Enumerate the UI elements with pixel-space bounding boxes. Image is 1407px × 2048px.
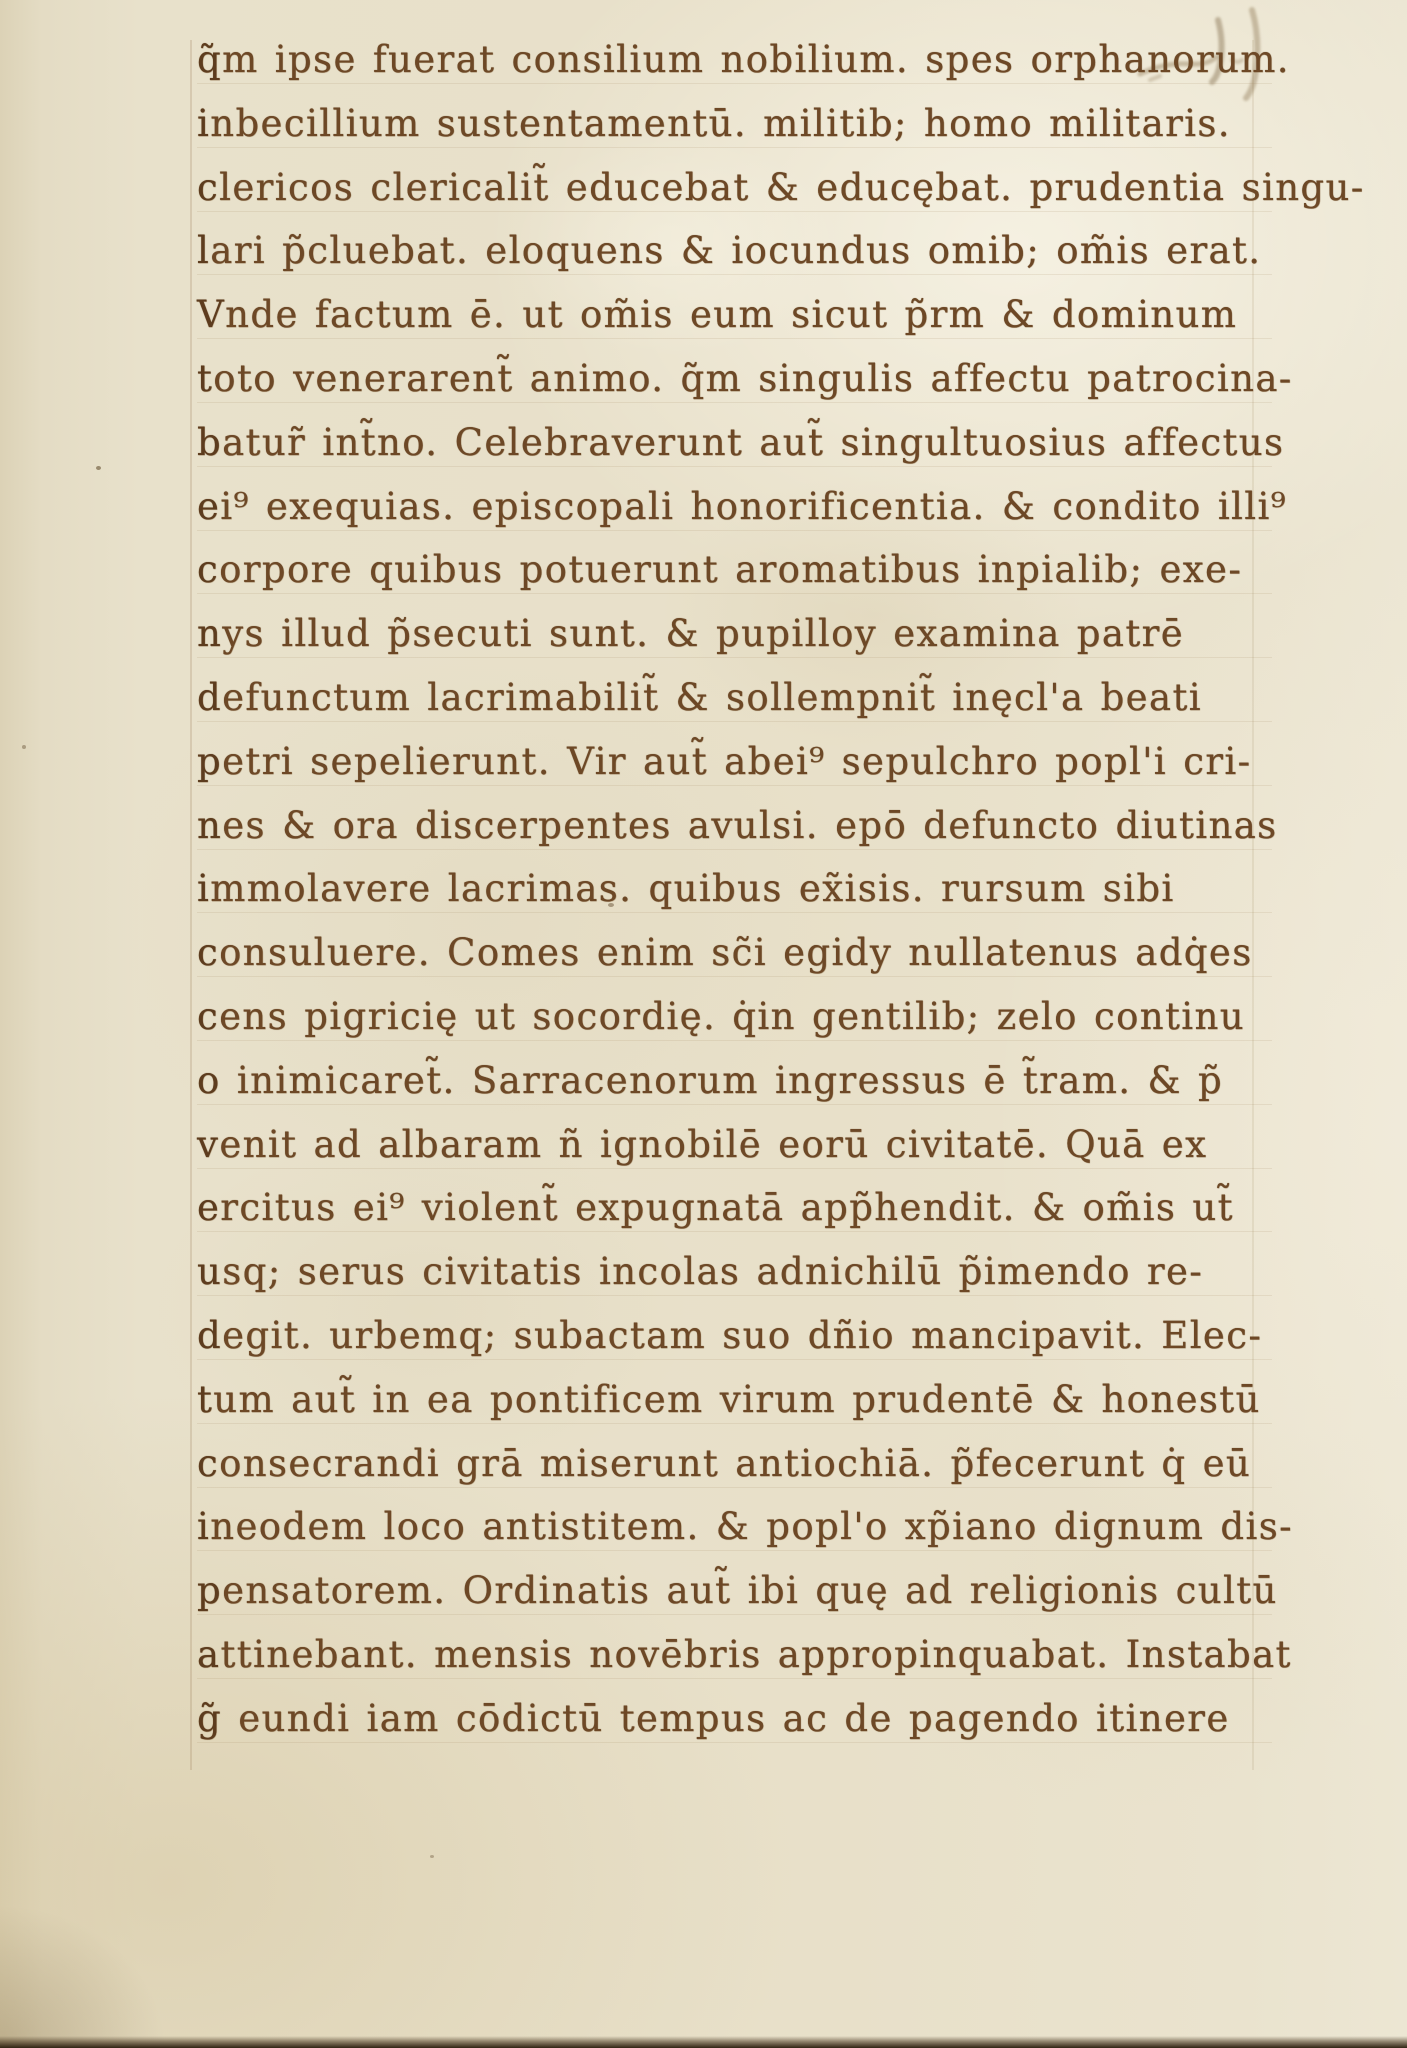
manuscript-line: pensatorem. Ordinatis aut̃ ibi quę ad re… bbox=[197, 1559, 1272, 1623]
manuscript-line: o inimicaret̃. Sarracenorum ingressus ē … bbox=[197, 1049, 1272, 1113]
manuscript-line: usq; serus civitatis incolas adnichilū p… bbox=[197, 1240, 1272, 1304]
manuscript-line: lari p̃cluebat. eloquens & iocundus omib… bbox=[197, 219, 1272, 283]
manuscript-line: nys illud p̃secuti sunt. & pupilloy exam… bbox=[197, 602, 1272, 666]
manuscript-line: ercitus ei⁹ violent̃ expugnatā app̃hendi… bbox=[197, 1176, 1272, 1240]
manuscript-line: g̃ eundi iam cōdictū tempus ac de pagend… bbox=[197, 1687, 1272, 1751]
manuscript-line: inbecillium sustentamentū. militib; homo… bbox=[197, 92, 1272, 156]
manuscript-line: ineodem loco antistitem. & popl'o xp̃ian… bbox=[197, 1495, 1272, 1559]
ruling-line-left bbox=[190, 40, 192, 1770]
ink-speck bbox=[96, 466, 101, 470]
manuscript-line: consuluere. Comes enim sc̃i egidy nullat… bbox=[197, 921, 1272, 985]
manuscript-line: tum aut̃ in ea pontificem virum prudentē… bbox=[197, 1368, 1272, 1432]
manuscript-line: toto venerarent̃ animo. q̃m singulis aff… bbox=[197, 347, 1272, 411]
ink-speck bbox=[430, 1855, 434, 1858]
manuscript-line: Vnde factum ē. ut om̃is eum sicut p̃rm &… bbox=[197, 283, 1272, 347]
ink-speck bbox=[608, 903, 614, 907]
manuscript-line: venit ad albaram ñ ignobilē eorū civitat… bbox=[197, 1113, 1272, 1177]
manuscript-line: clericos clericalit̃ educebat & educębat… bbox=[197, 156, 1272, 220]
manuscript-line: cens pigricię ut socordię. q̇in gentilib… bbox=[197, 985, 1272, 1049]
manuscript-line: nes & ora discerpentes avulsi. epō defun… bbox=[197, 794, 1272, 858]
manuscript-line: corpore quibus potuerunt aromatibus inpi… bbox=[197, 538, 1272, 602]
manuscript-line: immolavere lacrimas. quibus ex̃isis. rur… bbox=[197, 857, 1272, 921]
manuscript-line: ei⁹ exequias. episcopali honorificentia.… bbox=[197, 475, 1272, 539]
manuscript-line: consecrandi grā miserunt antiochiā. p̃fe… bbox=[197, 1432, 1272, 1496]
manuscript-line: q̃m ipse fuerat consilium nobilium. spes… bbox=[197, 28, 1272, 92]
manuscript-line: attinebant. mensis novēbris appropinquab… bbox=[197, 1623, 1272, 1687]
manuscript-page: q̃m ipse fuerat consilium nobilium. spes… bbox=[0, 0, 1407, 2048]
manuscript-text-block: q̃m ipse fuerat consilium nobilium. spes… bbox=[197, 28, 1272, 1751]
manuscript-line: batur̃ int̃no. Celebraverunt aut̃ singul… bbox=[197, 411, 1272, 475]
page-corner-shading bbox=[0, 1858, 220, 2048]
page-bottom-edge bbox=[0, 2036, 1407, 2048]
manuscript-line: defunctum lacrimabilit̃ & sollempnit̃ in… bbox=[197, 666, 1272, 730]
ink-speck bbox=[22, 745, 26, 749]
manuscript-line: petri sepelierunt. Vir aut̃ abei⁹ sepulc… bbox=[197, 730, 1272, 794]
manuscript-line: degit. urbemq; subactam suo dñio mancipa… bbox=[197, 1304, 1272, 1368]
